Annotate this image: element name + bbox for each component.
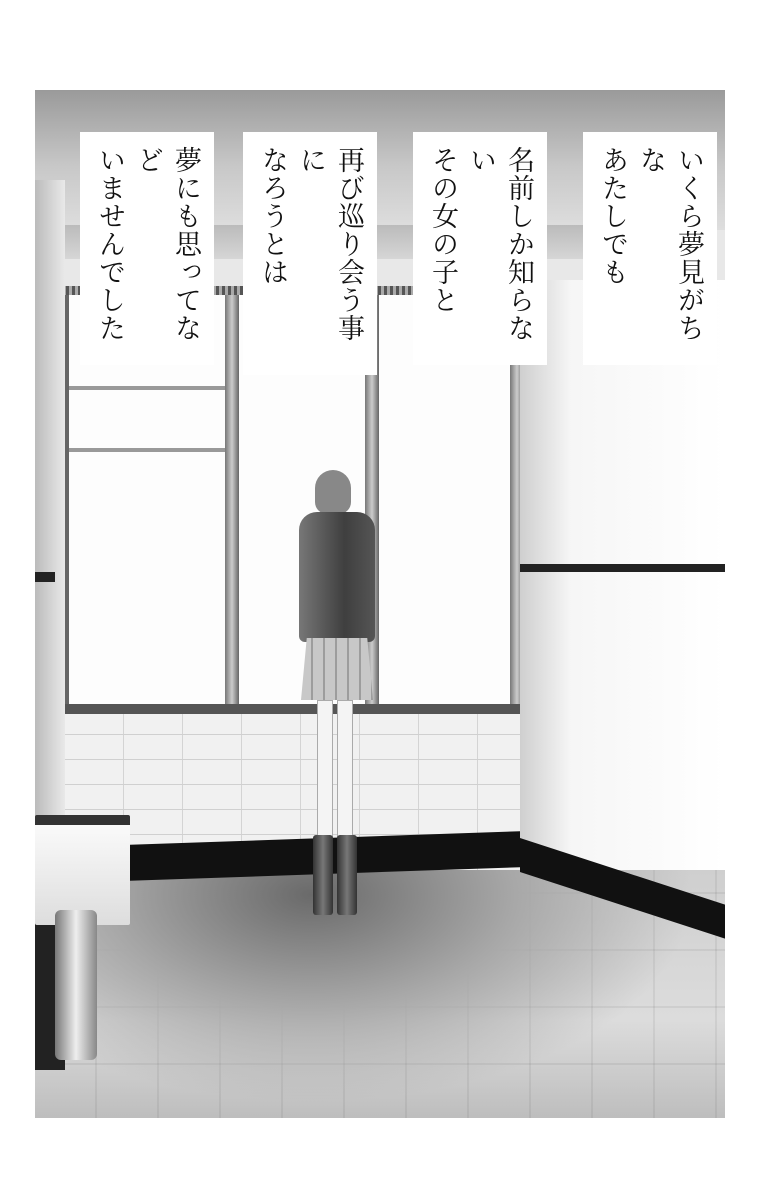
girl-leg [317,700,333,842]
caption-line: 夢にも思ってなど [128,146,204,351]
caption-line: あたしでも [593,146,631,351]
caption-line: 名前しか知らない [461,146,537,351]
caption-line: いくら夢見がちな [631,146,707,351]
girl-jacket [299,512,375,642]
girl-boot [313,835,333,915]
girl-head [315,470,351,514]
caption-box: 再び巡り会う事に なろうとは [243,132,377,375]
caption-box: 名前しか知らない その女の子と [413,132,547,365]
right-wall [520,280,725,920]
girl-leg [337,700,353,842]
caption-box: 夢にも思ってなど いませんでした [80,132,214,365]
caption-line: なろうとは [253,146,291,361]
window-mullion [225,295,239,715]
sink [35,815,130,925]
caption-box: いくら夢見がちな あたしでも [583,132,717,365]
girl-boot [337,835,357,915]
window-crossbar [69,386,229,390]
wall-stripe [520,564,725,572]
window-crossbar [69,448,229,452]
wall-stripe-left [35,572,55,582]
girl-figure [285,470,395,930]
caption-line: いませんでした [90,146,128,351]
caption-line: 再び巡り会う事に [291,146,367,361]
girl-skirt [301,638,373,700]
sink-pedestal [55,910,97,1060]
caption-line: その女の子と [423,146,461,351]
